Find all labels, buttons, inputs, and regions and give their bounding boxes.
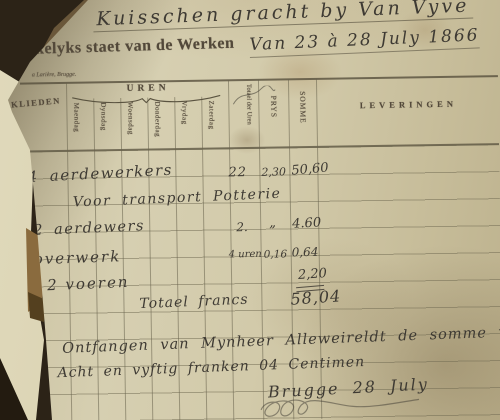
sum-header: SOMME bbox=[298, 91, 308, 141]
row-total: 4 uren bbox=[229, 249, 262, 261]
signature-flourish bbox=[253, 393, 423, 420]
row-price: 2,30 bbox=[261, 165, 286, 178]
row-total: 2. bbox=[236, 220, 248, 234]
row-price-ditto: „ bbox=[269, 216, 276, 231]
row-sum: 0,64 bbox=[292, 245, 319, 259]
uren-brace-icon bbox=[70, 93, 222, 105]
date-range: Van 23 à 28 July 1866 bbox=[249, 25, 480, 58]
paper-sheet: Kuisschen gracht by Van Vyve ekelyks sta… bbox=[0, 0, 500, 420]
day-header-zaterdag: Zaterdag bbox=[207, 101, 216, 147]
row-label: overwerk bbox=[33, 247, 121, 268]
row-sum: 4.60 bbox=[292, 215, 322, 231]
form-title: ekelyks staet van de Werken bbox=[27, 35, 234, 59]
row-sum: 50,60 bbox=[291, 160, 329, 178]
printer-mark: a Larière, Brugge. bbox=[32, 72, 77, 79]
header-pen-stroke bbox=[231, 86, 277, 109]
day-header-woensdag: Woensdag bbox=[126, 102, 135, 148]
row-total: 22 bbox=[228, 165, 247, 180]
day-header-donderdag: Donderdag bbox=[153, 101, 162, 147]
row-sum: 2,20 bbox=[298, 266, 328, 283]
day-header-dynsdag: Dynsdag bbox=[99, 102, 108, 148]
scanned-document: Kuisschen gracht by Van Vyve ekelyks sta… bbox=[0, 0, 500, 420]
deliveries-header: LEVERINGEN bbox=[328, 98, 488, 111]
hours-group-header: UREN bbox=[108, 83, 188, 94]
sheet-content: Kuisschen gracht by Van Vyve ekelyks sta… bbox=[0, 0, 500, 420]
row-sum: 58,04 bbox=[290, 286, 342, 308]
day-header-vrydag: Vrydag bbox=[180, 101, 189, 147]
day-header-maendag: Maendag bbox=[72, 103, 81, 149]
row-label: 2 voeren bbox=[47, 273, 130, 294]
row-price: 0,16 bbox=[264, 248, 288, 260]
